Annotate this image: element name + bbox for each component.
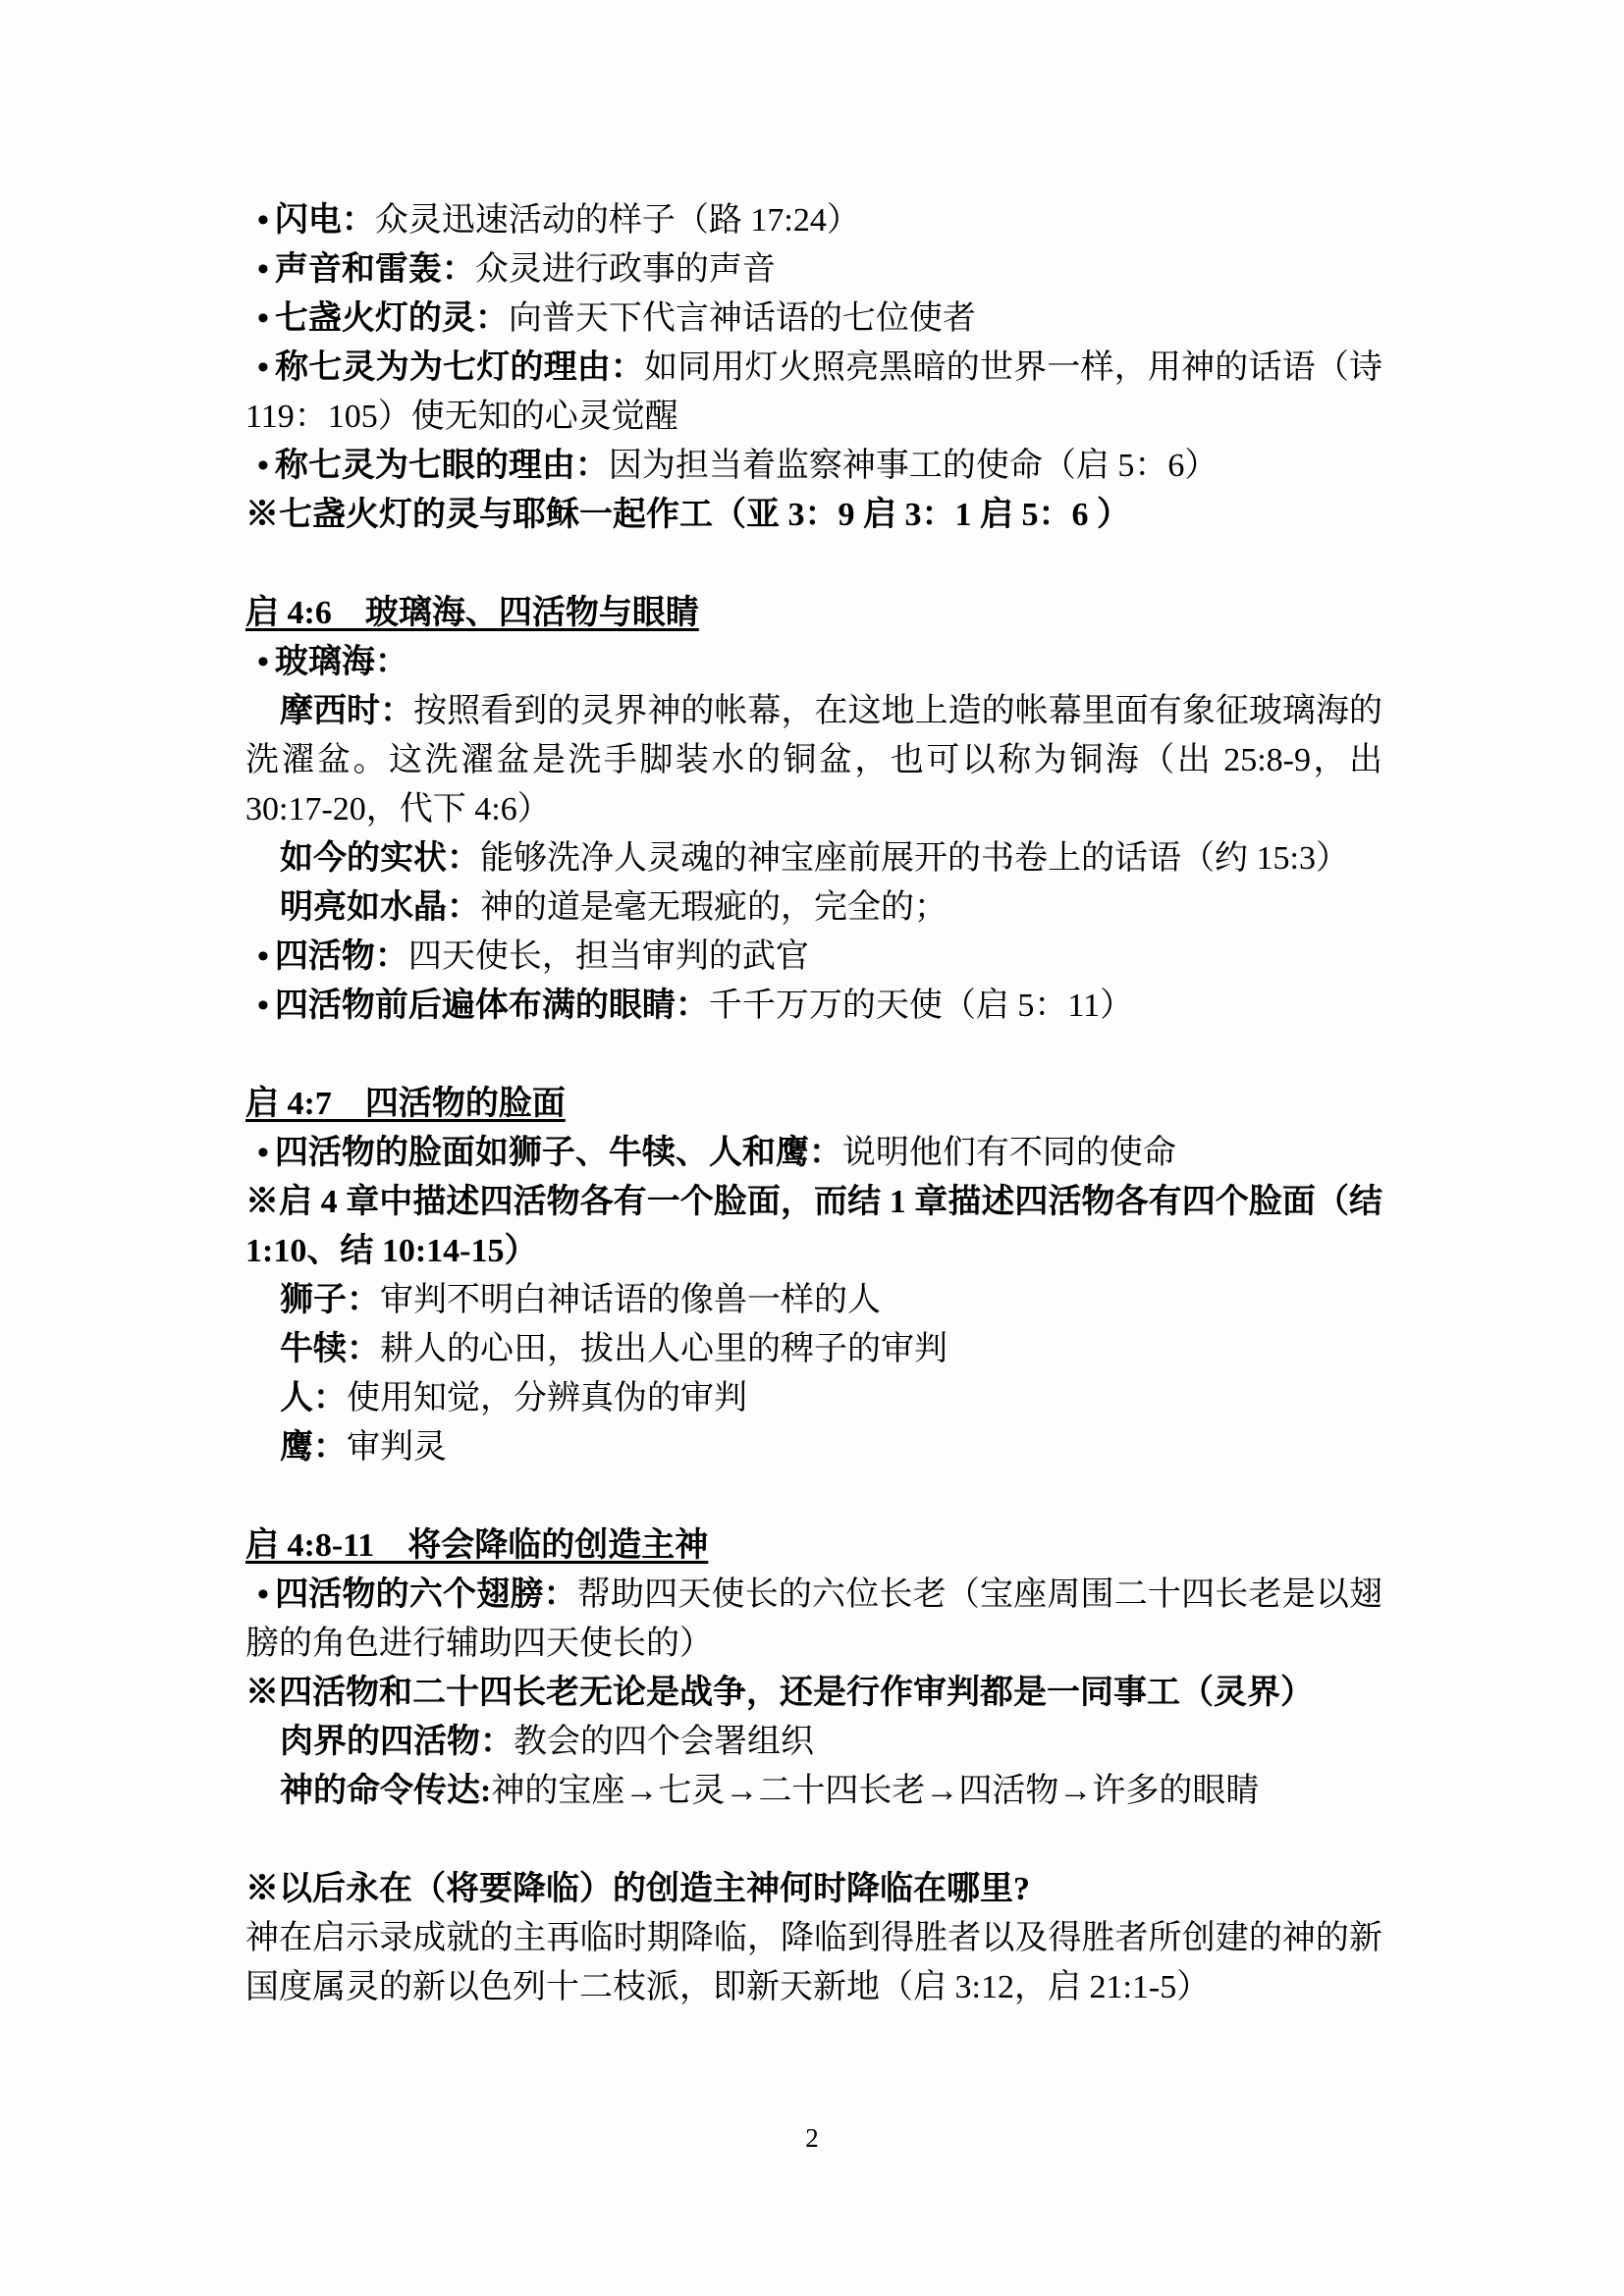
term-label: 牛犊： (280, 1331, 380, 1367)
bullet-icon: • (257, 448, 269, 484)
term-label: 声音和雷轰： (275, 251, 475, 288)
term-label: 四活物： (275, 938, 408, 975)
note-item: ※启 4 章中描述四活物各有一个脸面，而结 1 章描述四活物各有四个脸面（结 1… (245, 1178, 1382, 1276)
term-label: 玻璃海： (275, 644, 408, 680)
section-heading-rev-4-8-11: 启 4:8-11 将会降临的创造主神 (245, 1522, 1382, 1571)
item-text: 因为担当着监察神事工的使命（启 5：6） (609, 448, 1218, 484)
term-label: 闪电： (275, 202, 375, 239)
term-label: 神的命令传达: (280, 1773, 491, 1809)
note-item: ※七盏火灯的灵与耶稣一起作工（亚 3：9 启 3：1 启 5：6 ） (245, 491, 1382, 540)
bullet-item: •四活物的脸面如狮子、牛犊、人和鹰：说明他们有不同的使命 (245, 1129, 1382, 1178)
term-label: 摩西时： (280, 693, 413, 729)
item-text: 按照看到的灵界神的帐幕，在这地上造的帐幕里面有象征玻璃海的洗濯盆。这洗濯盆是洗手… (245, 693, 1382, 828)
section-gap (245, 1472, 1382, 1522)
term-item: 狮子：审判不明白神话语的像兽一样的人 (245, 1276, 1382, 1325)
item-text: 耕人的心田，拔出人心里的稗子的审判 (380, 1331, 947, 1367)
bullet-item: •玻璃海： (245, 638, 1382, 687)
bullet-item: •四活物：四天使长，担当审判的武官 (245, 933, 1382, 982)
item-text: 神的道是毫无瑕疵的，完全的； (480, 889, 947, 926)
item-text: 众灵迅速活动的样子（路 17:24） (375, 202, 860, 239)
bullet-item: •七盏火灯的灵：向普天下代言神话语的七位使者 (245, 294, 1382, 344)
bullet-item: •称七灵为七眼的理由：因为担当着监察神事工的使命（启 5：6） (245, 442, 1382, 491)
term-label: 肉界的四活物： (280, 1724, 514, 1760)
bullet-icon: • (257, 1135, 269, 1171)
bullet-icon: • (257, 988, 269, 1024)
item-text: 神的宝座→七灵→二十四长老→四活物→许多的眼睛 (491, 1773, 1259, 1809)
note-item: ※以后永在（将要降临）的创造主神何时降临在哪里? (245, 1865, 1382, 1914)
term-item: 如今的实状：能够洗净人灵魂的神宝座前展开的书卷上的话语（约 15:3） (245, 834, 1382, 883)
item-text: 千千万万的天使（启 5：11） (709, 988, 1133, 1024)
bullet-icon: • (257, 349, 269, 386)
note-item: ※四活物和二十四长老无论是战争，还是行作审判都是一同事工（灵界） (245, 1669, 1382, 1718)
section-heading-rev-4-6: 启 4:6 玻璃海、四活物与眼睛 (245, 589, 1382, 638)
term-label: 鹰： (280, 1429, 347, 1466)
term-label: 称七灵为为七灯的理由： (275, 349, 644, 386)
bullet-item: •称七灵为为七灯的理由：如同用灯火照亮黑暗的世界一样，用神的话语（诗 119：1… (245, 344, 1382, 442)
bullet-icon: • (257, 251, 269, 288)
item-text: 审判灵 (347, 1429, 447, 1466)
bullet-item: •闪电：众灵迅速活动的样子（路 17:24） (245, 196, 1382, 245)
item-text: 审判不明白神话语的像兽一样的人 (380, 1282, 881, 1318)
document-page: •闪电：众灵迅速活动的样子（路 17:24） •声音和雷轰：众灵进行政事的声音 … (0, 0, 1624, 2296)
bullet-icon: • (257, 202, 269, 239)
page-number: 2 (0, 2122, 1624, 2154)
section-gap (245, 1816, 1382, 1865)
term-label: 如今的实状： (280, 840, 480, 877)
item-text: 教会的四个会署组织 (514, 1724, 814, 1760)
body-paragraph: 神在启示录成就的主再临时期降临，降临到得胜者以及得胜者所创建的神的新国度属灵的新… (245, 1914, 1382, 2012)
item-text: 说明他们有不同的使命 (842, 1135, 1176, 1171)
item-text: 向普天下代言神话语的七位使者 (509, 300, 976, 337)
term-label: 四活物前后遍体布满的眼睛： (275, 988, 709, 1024)
item-text: 众灵进行政事的声音 (475, 251, 776, 288)
term-item: 明亮如水晶：神的道是毫无瑕疵的，完全的； (245, 883, 1382, 933)
bullet-item: •四活物前后遍体布满的眼睛：千千万万的天使（启 5：11） (245, 982, 1382, 1031)
term-label: 狮子： (280, 1282, 380, 1318)
term-label: 四活物的六个翅膀： (275, 1576, 577, 1613)
bullet-icon: • (257, 1576, 269, 1613)
bullet-icon: • (257, 300, 269, 337)
section-gap (245, 540, 1382, 589)
term-item: 人：使用知觉，分辨真伪的审判 (245, 1374, 1382, 1423)
bullet-item: •声音和雷轰：众灵进行政事的声音 (245, 245, 1382, 294)
item-text: 四天使长，担当审判的武官 (408, 938, 809, 975)
term-item: 鹰：审判灵 (245, 1423, 1382, 1472)
item-text: 能够洗净人灵魂的神宝座前展开的书卷上的话语（约 15:3） (480, 840, 1349, 877)
document-content: •闪电：众灵迅速活动的样子（路 17:24） •声音和雷轰：众灵进行政事的声音 … (245, 196, 1382, 2012)
term-item: 摩西时：按照看到的灵界神的帐幕，在这地上造的帐幕里面有象征玻璃海的洗濯盆。这洗濯… (245, 687, 1382, 834)
term-label: 称七灵为七眼的理由： (275, 448, 609, 484)
section-gap (245, 1031, 1382, 1080)
term-label: 明亮如水晶： (280, 889, 480, 926)
term-label: 人： (280, 1380, 347, 1416)
bullet-icon: • (257, 644, 269, 680)
term-item: 肉界的四活物：教会的四个会署组织 (245, 1718, 1382, 1767)
term-item: 牛犊：耕人的心田，拔出人心里的稗子的审判 (245, 1325, 1382, 1374)
term-label: 四活物的脸面如狮子、牛犊、人和鹰： (275, 1135, 842, 1171)
section-heading-rev-4-7: 启 4:7 四活物的脸面 (245, 1080, 1382, 1129)
term-item: 神的命令传达:神的宝座→七灵→二十四长老→四活物→许多的眼睛 (245, 1767, 1382, 1816)
item-text: 使用知觉，分辨真伪的审判 (347, 1380, 747, 1416)
bullet-item: •四活物的六个翅膀：帮助四天使长的六位长老（宝座周围二十四长老是以翅膀的角色进行… (245, 1571, 1382, 1669)
bullet-icon: • (257, 938, 269, 975)
term-label: 七盏火灯的灵： (275, 300, 509, 337)
